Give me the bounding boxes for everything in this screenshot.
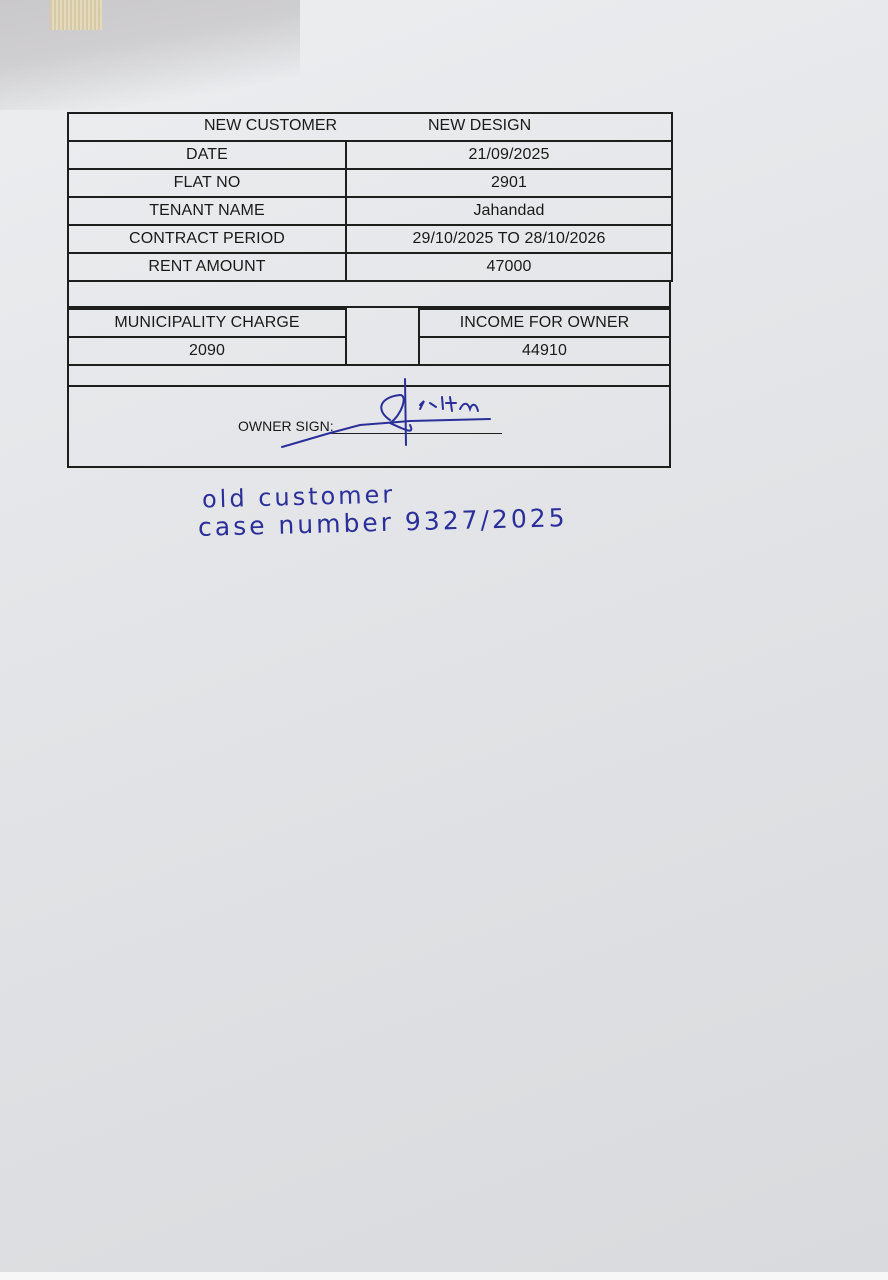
- paper-shadow: [0, 0, 300, 110]
- row-value-flat-no: 2901: [345, 168, 673, 198]
- row-label-date: DATE: [67, 140, 347, 170]
- row-label-rent-amount: RENT AMOUNT: [67, 252, 347, 282]
- row-value-contract-period: 29/10/2025 TO 28/10/2026: [345, 224, 673, 254]
- municipality-charge-value: 2090: [67, 336, 347, 366]
- header-row: [67, 112, 673, 142]
- header-left: NEW CUSTOMER: [204, 117, 337, 135]
- header-right: NEW DESIGN: [428, 117, 531, 135]
- bottom-edge: [0, 1272, 888, 1280]
- income-for-owner-value: 44910: [418, 336, 671, 366]
- tape-strip: [50, 0, 102, 30]
- municipality-charge-label: MUNICIPALITY CHARGE: [67, 308, 347, 338]
- row-label-contract-period: CONTRACT PERIOD: [67, 224, 347, 254]
- divider-line: [67, 364, 671, 366]
- income-for-owner-label: INCOME FOR OWNER: [418, 308, 671, 338]
- row-value-date: 21/09/2025: [345, 140, 673, 170]
- row-label-flat-no: FLAT NO: [67, 168, 347, 198]
- signature-mark: [270, 375, 510, 455]
- row-value-rent-amount: 47000: [345, 252, 673, 282]
- row-value-tenant-name: Jahandad: [345, 196, 673, 226]
- row-label-tenant-name: TENANT NAME: [67, 196, 347, 226]
